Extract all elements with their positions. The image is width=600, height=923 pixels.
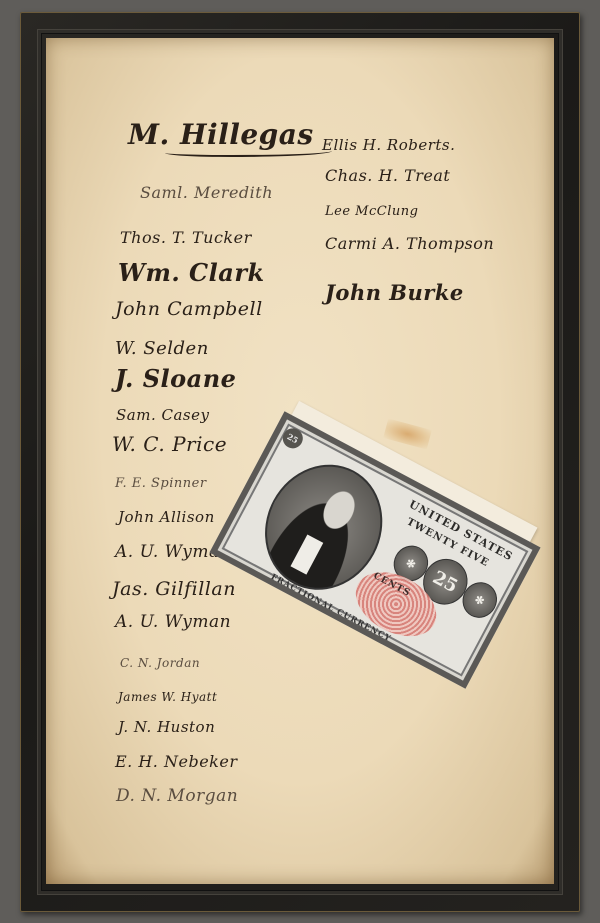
signature: A. U. Wyman (115, 612, 231, 632)
signature: Ellis H. Roberts. (322, 136, 455, 154)
signature: Wm. Clark (118, 258, 265, 287)
signature: Chas. H. Treat (325, 166, 450, 185)
signature: John Campbell (115, 298, 263, 320)
signature: Jas. Gilfillan (112, 578, 236, 600)
signature: John Allison (118, 508, 215, 526)
signature: F. E. Spinner (115, 476, 207, 491)
signature: Thos. T. Tucker (120, 228, 252, 247)
signature: James W. Hyatt (118, 690, 217, 704)
signature: Saml. Meredith (140, 183, 273, 202)
signature: Lee McClung (325, 204, 418, 219)
signature: M. Hillegas (128, 118, 314, 151)
signature: J. N. Huston (118, 718, 215, 736)
signature: J. Sloane (115, 364, 236, 393)
corner-value: 25 (279, 425, 306, 452)
signature: D. N. Morgan (116, 786, 238, 806)
signature: John Burke (325, 280, 464, 305)
signature: W. Selden (115, 338, 209, 359)
signature: W. C. Price (112, 432, 227, 456)
signature: C. N. Jordan (120, 656, 200, 670)
signature: Carmi A. Thompson (325, 234, 494, 253)
signature: E. H. Nebeker (115, 752, 237, 771)
signature: Sam. Casey (116, 406, 209, 424)
